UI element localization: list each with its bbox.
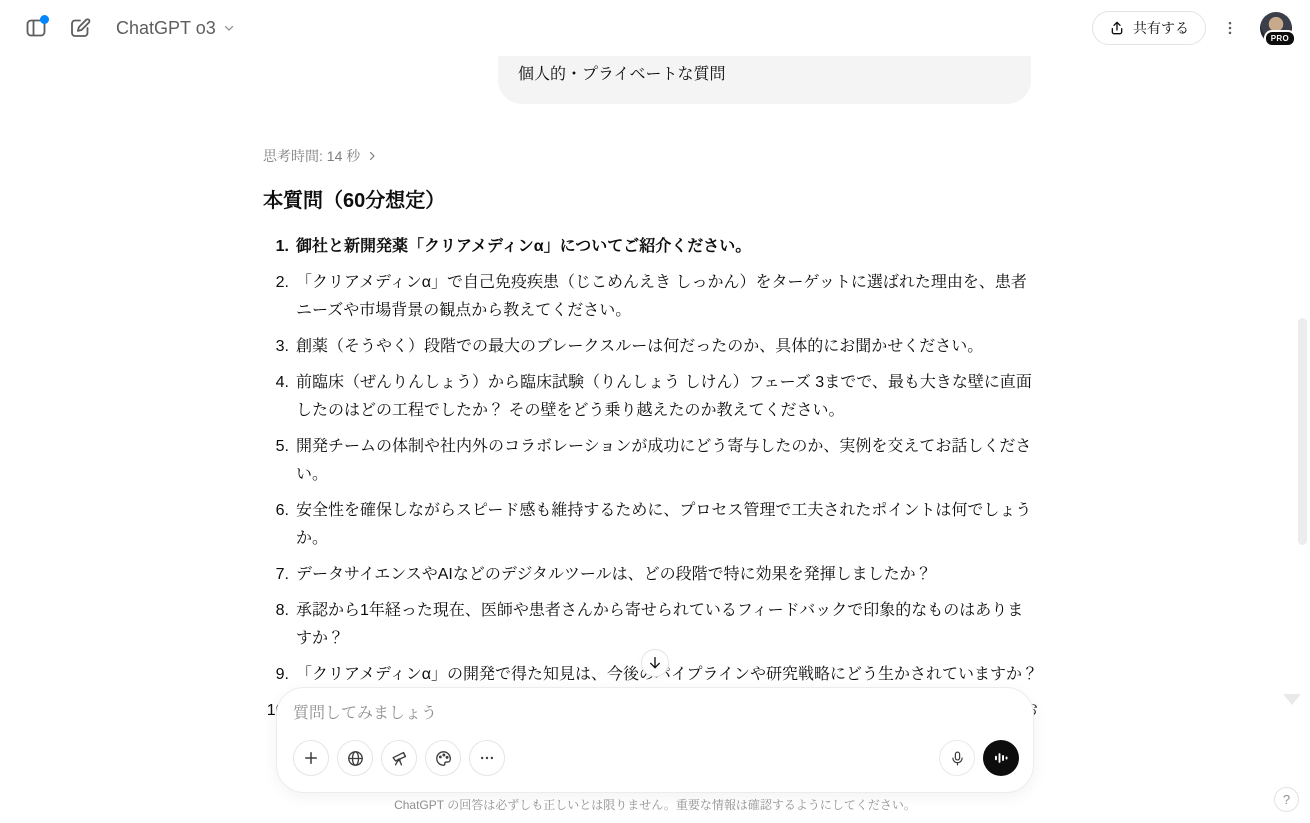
- conversation-menu-button[interactable]: [1214, 12, 1246, 44]
- attach-button[interactable]: [293, 740, 329, 776]
- create-image-button[interactable]: [425, 740, 461, 776]
- chatgpt-window: 臨床試験の個別症例に関する質問 個人的・プライベートな質問 思考時間: 14 秒…: [0, 0, 1310, 823]
- list-number: 5.: [263, 433, 289, 461]
- notification-dot: [40, 15, 49, 24]
- list-text: 創薬（そうやく）段階での最大のブレークスルーは何だったのか、具体的にお聞かせくだ…: [296, 338, 983, 355]
- model-label: ChatGPT o3: [116, 18, 216, 39]
- question-mark-icon: ?: [1283, 792, 1290, 807]
- list-text: 「クリアメディンα」で自己免疫疾患（じこめんえき しっかん）をターゲットに選ばれ…: [296, 274, 1027, 319]
- list-number: 4.: [263, 369, 289, 397]
- list-item: 1.御社と新開発薬「クリアメディンα」についてご紹介ください。: [263, 233, 1039, 261]
- arrow-down-icon: [647, 655, 663, 671]
- new-chat-button[interactable]: [62, 10, 98, 46]
- list-text: 前臨床（ぜんりんしょう）から臨床試験（りんしょう しけん）フェーズ 3までで、最…: [296, 374, 1032, 419]
- list-number: 7.: [263, 561, 289, 589]
- dictate-button[interactable]: [939, 740, 975, 776]
- list-text: 承認から1年経った現在、医師や患者さんから寄せられているフィードバックで印象的な…: [296, 602, 1023, 647]
- voice-waveform-icon: [992, 749, 1010, 767]
- thinking-time-toggle[interactable]: 思考時間: 14 秒: [263, 146, 1039, 166]
- list-number: 1.: [263, 233, 289, 261]
- sidebar-toggle-button[interactable]: [18, 10, 54, 46]
- plus-icon: [302, 749, 320, 767]
- composer-toolbar: [293, 740, 1019, 776]
- ellipsis-icon: [478, 749, 496, 767]
- user-message-line2: 個人的・プライベートな質問: [518, 62, 1011, 88]
- message-composer: 質問してみましょう: [276, 687, 1034, 793]
- list-text: 安全性を確保しながらスピード感も維持するために、プロセス管理で工夫されたポイント…: [296, 502, 1031, 547]
- list-number: 2.: [263, 269, 289, 297]
- web-search-button[interactable]: [337, 740, 373, 776]
- list-item: 6.安全性を確保しながらスピード感も維持するために、プロセス管理で工夫されたポイ…: [263, 497, 1039, 553]
- voice-mode-button[interactable]: [983, 740, 1019, 776]
- scrollbar-thumb[interactable]: [1298, 318, 1307, 545]
- deep-research-button[interactable]: [381, 740, 417, 776]
- chevron-right-icon: [366, 150, 378, 162]
- list-text: 開発チームの体制や社内外のコラボレーションが成功にどう寄与したのか、実例を交えて…: [296, 438, 1031, 483]
- model-selector[interactable]: ChatGPT o3: [106, 12, 246, 45]
- list-item: 8.承認から1年経った現在、医師や患者さんから寄せられているフィードバックで印象…: [263, 597, 1039, 653]
- message-input[interactable]: 質問してみましょう: [293, 704, 1019, 726]
- kebab-menu-icon: [1221, 19, 1239, 37]
- pro-badge: PRO: [1264, 30, 1296, 47]
- share-upload-icon: [1109, 20, 1125, 36]
- list-item: 7.データサイエンスやAIなどのデジタルツールは、どの段階で特に効果を発揮しまし…: [263, 561, 1039, 589]
- list-item: 3.創薬（そうやく）段階での最大のブレークスルーは何だったのか、具体的にお聞かせ…: [263, 333, 1039, 361]
- list-item: 2.「クリアメディンα」で自己免疫疾患（じこめんえき しっかん）をターゲットに選…: [263, 269, 1039, 325]
- list-number: 3.: [263, 333, 289, 361]
- account-button[interactable]: PRO: [1260, 12, 1292, 44]
- list-text: 御社と新開発薬「クリアメディンα」についてご紹介ください。: [296, 238, 751, 255]
- share-label: 共有する: [1133, 18, 1189, 38]
- top-bar: ChatGPT o3 共有する PRO: [0, 0, 1310, 56]
- palette-icon: [434, 749, 453, 768]
- mic-icon: [949, 750, 966, 767]
- chevron-down-icon: [222, 21, 236, 35]
- globe-icon: [346, 749, 365, 768]
- scroll-hint-triangle-icon: [1283, 694, 1301, 705]
- thinking-time-label: 思考時間: 14 秒: [263, 146, 360, 166]
- more-tools-button[interactable]: [469, 740, 505, 776]
- list-item: 5.開発チームの体制や社内外のコラボレーションが成功にどう寄与したのか、実例を交…: [263, 433, 1039, 489]
- list-number: 9.: [263, 661, 289, 689]
- share-button[interactable]: 共有する: [1092, 11, 1206, 45]
- list-item: 4.前臨床（ぜんりんしょう）から臨床試験（りんしょう しけん）フェーズ 3までで…: [263, 369, 1039, 425]
- answer-heading: 本質問（60分想定）: [263, 184, 1039, 213]
- new-chat-icon: [68, 16, 92, 40]
- list-number: 8.: [263, 597, 289, 625]
- disclaimer-text: ChatGPT の回答は必ずしも正しいとは限りません。重要な情報は確認するように…: [0, 796, 1310, 813]
- telescope-icon: [390, 749, 409, 768]
- list-number: 6.: [263, 497, 289, 525]
- help-button[interactable]: ?: [1274, 787, 1299, 812]
- list-text: データサイエンスやAIなどのデジタルツールは、どの段階で特に効果を発揮しましたか…: [296, 566, 932, 583]
- scroll-to-bottom-button[interactable]: [641, 649, 669, 677]
